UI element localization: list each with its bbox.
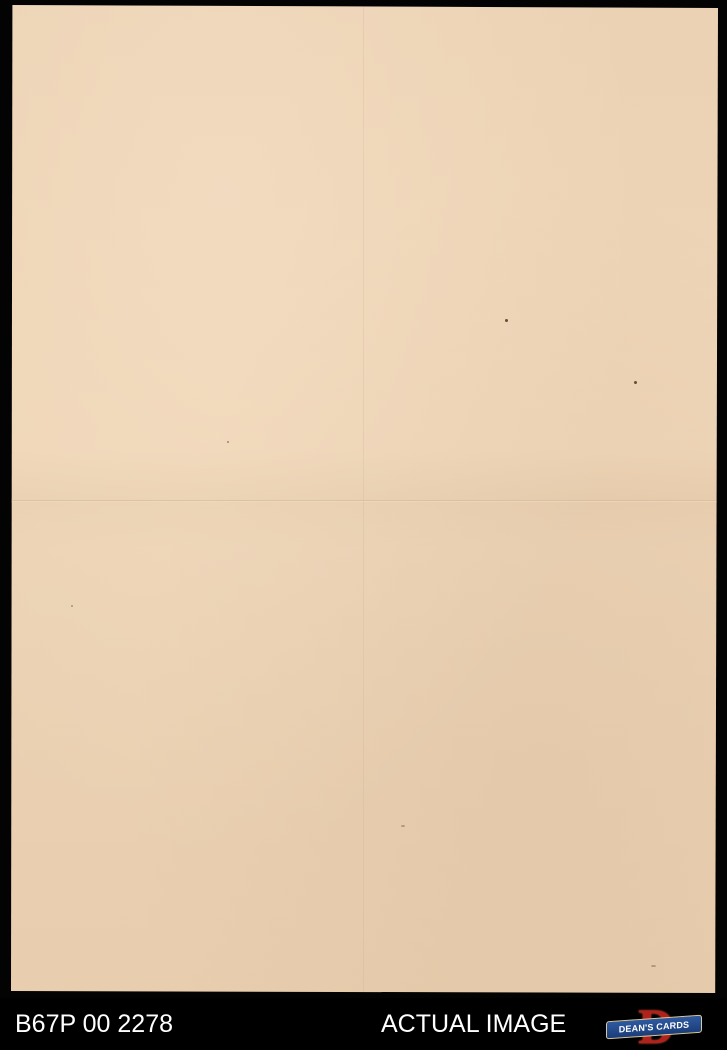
paper-speck — [505, 319, 508, 322]
faint-vertical-crease — [363, 5, 364, 993]
paper-speck — [401, 825, 405, 827]
paper-speck — [71, 605, 73, 607]
paper-speck — [651, 965, 656, 967]
image-viewer: B67P 00 2278 ACTUAL IMAGE D DEAN'S CARDS — [0, 0, 727, 1050]
paper-speck — [227, 441, 229, 443]
actual-image-label: ACTUAL IMAGE — [381, 1012, 566, 1037]
deans-cards-logo: D DEAN'S CARDS — [604, 1004, 704, 1048]
horizontal-fold-line — [11, 500, 718, 502]
paper-speck — [634, 381, 637, 384]
card-back-paper — [11, 5, 718, 993]
cert-number: B67P 00 2278 — [15, 1012, 173, 1037]
logo-banner-text: DEAN'S CARDS — [606, 1015, 702, 1040]
